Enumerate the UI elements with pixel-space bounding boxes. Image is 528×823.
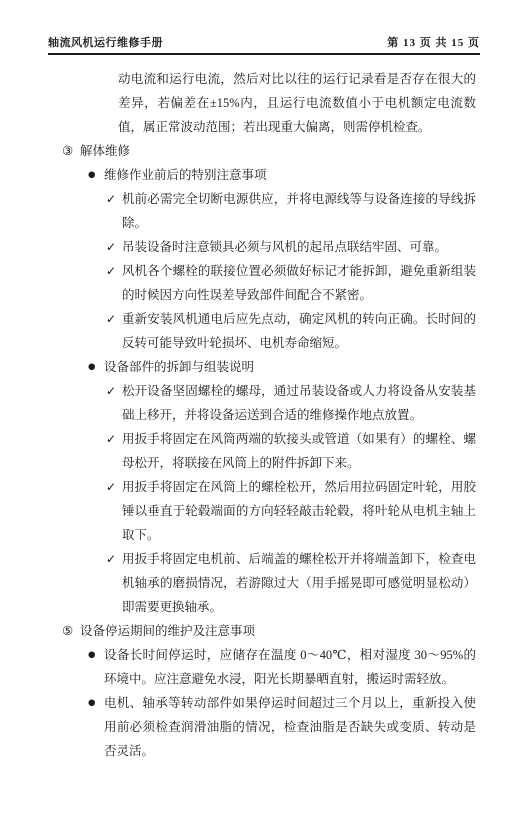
bullet-item: ● 电机、轴承等转动部件如果停运时间超过三个月以上，重新投入使用前必须检查润滑油… [48,691,476,763]
check-icon: ✓ [106,187,122,235]
manual-page: 轴流风机运行维修手册 第 13 页 共 15 页 动电流和运行电流，然后对比以往… [0,0,528,823]
check-text: 松开设备坚固螺栓的螺母，通过吊装设备或人力将设备从安装基础上移开，并将设备运送到… [122,379,476,427]
check-item: ✓ 用扳手将固定在风筒上的螺栓松开，然后用拉码固定叶轮，用胶锤以垂直于轮毂端面的… [48,475,476,547]
page-number: 第 13 页 共 15 页 [387,36,480,50]
check-item: ✓ 松开设备坚固螺栓的螺母，通过吊装设备或人力将设备从安装基础上移开，并将设备运… [48,379,476,427]
section-heading-text: 设备停运期间的维护及注意事项 [80,619,476,643]
bullet-text: 设备长时间停运时，应储存在温度 0～40℃，相对湿度 30～95%的环境中。应注… [104,643,476,691]
check-item: ✓ 机前必需完全切断电源供应，并将电源线等与设备连接的导线拆除。 [48,187,476,235]
check-icon: ✓ [106,235,122,259]
bullet-item: ● 维修作业前后的特别注意事项 [48,163,476,187]
check-item: ✓ 吊装设备时注意锁具必须与风机的起吊点联结牢固、可靠。 [48,235,476,259]
check-text: 吊装设备时注意锁具必须与风机的起吊点联结牢固、可靠。 [122,235,476,259]
bullet-icon: ● [88,691,104,763]
check-icon: ✓ [106,307,122,355]
section-heading-shutdown: ⑤ 设备停运期间的维护及注意事项 [48,619,476,643]
section-heading-disassembly: ③ 解体维修 [48,139,476,163]
check-text: 用扳手将固定在风筒上的螺栓松开，然后用拉码固定叶轮，用胶锤以垂直于轮毂端面的方向… [122,475,476,547]
check-item: ✓ 重新安装风机通电后应先点动，确定风机的转向正确。长时间的反转可能导致叶轮损坏… [48,307,476,355]
paragraph-text: 动电流和运行电流，然后对比以往的运行记录看是否存在很大的差异，若偏差在±15%内… [118,72,476,134]
section-heading-text: 解体维修 [80,139,476,163]
check-text: 用扳手将固定电机前、后端盖的螺栓松开并将端盖卸下，检查电机轴承的磨损情况，若游隙… [122,547,476,619]
bullet-text: 电机、轴承等转动部件如果停运时间超过三个月以上，重新投入使用前必须检查润滑油脂的… [104,691,476,763]
page-header: 轴流风机运行维修手册 第 13 页 共 15 页 [48,36,480,55]
circled-number-icon: ⑤ [62,619,80,643]
check-icon: ✓ [106,427,122,475]
bullet-text: 维修作业前后的特别注意事项 [104,163,476,187]
check-icon: ✓ [106,547,122,619]
page-content: 动电流和运行电流，然后对比以往的运行记录看是否存在很大的差异，若偏差在±15%内… [48,67,476,763]
bullet-icon: ● [88,163,104,187]
check-icon: ✓ [106,379,122,427]
bullet-icon: ● [88,643,104,691]
paragraph: 动电流和运行电流，然后对比以往的运行记录看是否存在很大的差异，若偏差在±15%内… [48,67,476,139]
check-item: ✓ 用扳手将固定在风筒两端的软接头或管道（如果有）的螺栓、螺母松开，将联接在风筒… [48,427,476,475]
check-item: ✓ 用扳手将固定电机前、后端盖的螺栓松开并将端盖卸下，检查电机轴承的磨损情况，若… [48,547,476,619]
bullet-item: ● 设备部件的拆卸与组装说明 [48,355,476,379]
check-text: 用扳手将固定在风筒两端的软接头或管道（如果有）的螺栓、螺母松开，将联接在风筒上的… [122,427,476,475]
check-text: 风机各个螺栓的联接位置必须做好标记才能拆卸，避免重新组装的时候因方向性误差导致部… [122,259,476,307]
check-text: 机前必需完全切断电源供应，并将电源线等与设备连接的导线拆除。 [122,187,476,235]
bullet-item: ● 设备长时间停运时，应储存在温度 0～40℃，相对湿度 30～95%的环境中。… [48,643,476,691]
check-icon: ✓ [106,259,122,307]
check-item: ✓ 风机各个螺栓的联接位置必须做好标记才能拆卸，避免重新组装的时候因方向性误差导… [48,259,476,307]
circled-number-icon: ③ [62,139,80,163]
check-text: 重新安装风机通电后应先点动，确定风机的转向正确。长时间的反转可能导致叶轮损坏、电… [122,307,476,355]
manual-title: 轴流风机运行维修手册 [48,36,163,50]
bullet-text: 设备部件的拆卸与组装说明 [104,355,476,379]
bullet-icon: ● [88,355,104,379]
check-icon: ✓ [106,475,122,547]
